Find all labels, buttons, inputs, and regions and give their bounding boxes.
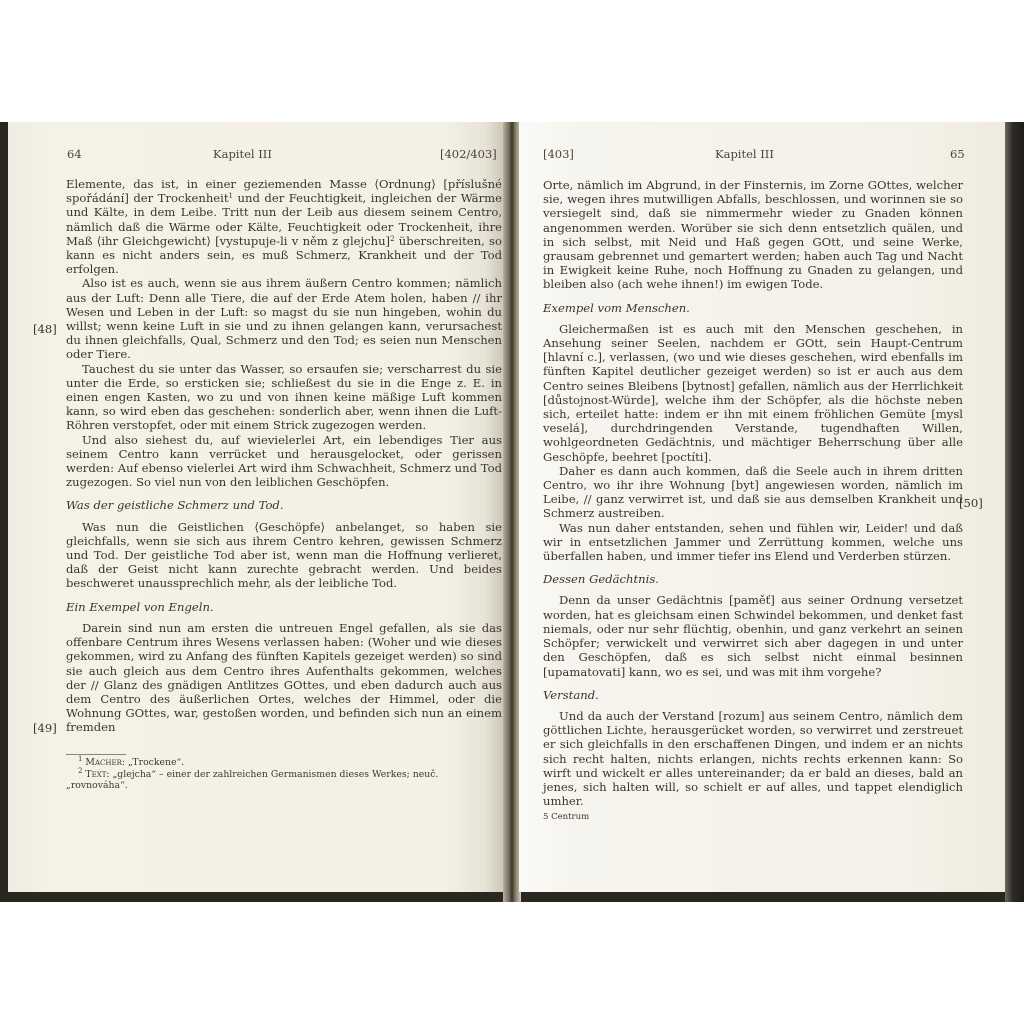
right-paragraph: Was nun daher entstanden, sehen und fühl… xyxy=(543,521,963,564)
footnote: 2 Text: „glejcha“ – einer der zahlreiche… xyxy=(66,769,502,792)
right-paragraph: Daher es dann auch kommen, daß die Seele… xyxy=(543,464,963,521)
signature-mark: 5 Centrum xyxy=(543,812,589,822)
footnote: 1 Macher: „Trockene“. xyxy=(66,757,502,769)
right-paragraph: Denn da unser Gedächtnis [paměť] aus sei… xyxy=(543,593,963,678)
right-subheading: Verstand. xyxy=(543,688,963,702)
right-page: [403] Kapitel III 65 [50] Orte, nämlich … xyxy=(519,122,1005,892)
right-paragraph: Gleichermaßen ist es auch mit den Mensch… xyxy=(543,322,963,464)
left-paragraph: Tauchest du sie unter das Wasser, so ers… xyxy=(66,362,502,433)
footnote-rule xyxy=(66,754,126,755)
right-subheading: Dessen Gedächtnis. xyxy=(543,572,963,586)
left-page: 64 Kapitel III [402/403] [48] [49] Eleme… xyxy=(8,122,505,892)
right-paragraph: Und da auch der Verstand [rozum] aus sei… xyxy=(543,709,963,808)
left-paragraph: Darein sind nun am ersten die untreuen E… xyxy=(66,621,502,735)
left-paragraph: Was nun die Geistlichen ⟨Geschöpfe⟩ anbe… xyxy=(66,520,502,591)
footnote-source-label: Macher: xyxy=(82,757,125,768)
right-running-title: Kapitel III xyxy=(715,147,774,161)
open-book: 64 Kapitel III [402/403] [48] [49] Eleme… xyxy=(0,122,1024,902)
left-paragraph: Also ist es auch, wenn sie aus ihrem äuß… xyxy=(66,276,502,361)
right-page-reference: [403] xyxy=(543,147,574,161)
left-page-reference: [402/403] xyxy=(440,147,497,161)
right-page-number: 65 xyxy=(950,147,965,161)
left-running-title: Kapitel III xyxy=(213,147,272,161)
left-footnotes: 1 Macher: „Trockene“.2 Text: „glejcha“ –… xyxy=(66,757,502,792)
book-right-edge xyxy=(1005,122,1024,902)
right-body-text: Orte, nämlich im Abgrund, in der Finster… xyxy=(543,178,963,808)
left-page-number: 64 xyxy=(67,147,82,161)
footnote-marker: 2 xyxy=(390,235,394,243)
left-body-text: Elemente, das ist, in einer geziemenden … xyxy=(66,177,502,735)
margin-ref-49: [49] xyxy=(33,721,57,735)
left-paragraph: Und also siehest du, auf wievielerlei Ar… xyxy=(66,433,502,490)
margin-ref-48: [48] xyxy=(33,322,57,336)
footnote-source-label: Text: xyxy=(82,769,109,780)
right-subheading: Exempel vom Menschen. xyxy=(543,301,963,315)
left-subheading: Was der geistliche Schmerz und Tod. xyxy=(66,498,502,512)
left-subheading: Ein Exempel von Engeln. xyxy=(66,600,502,614)
footnote-marker: 1 xyxy=(229,192,233,200)
right-paragraph: Orte, nämlich im Abgrund, in der Finster… xyxy=(543,178,963,292)
left-paragraph: Elemente, das ist, in einer geziemenden … xyxy=(66,177,502,276)
